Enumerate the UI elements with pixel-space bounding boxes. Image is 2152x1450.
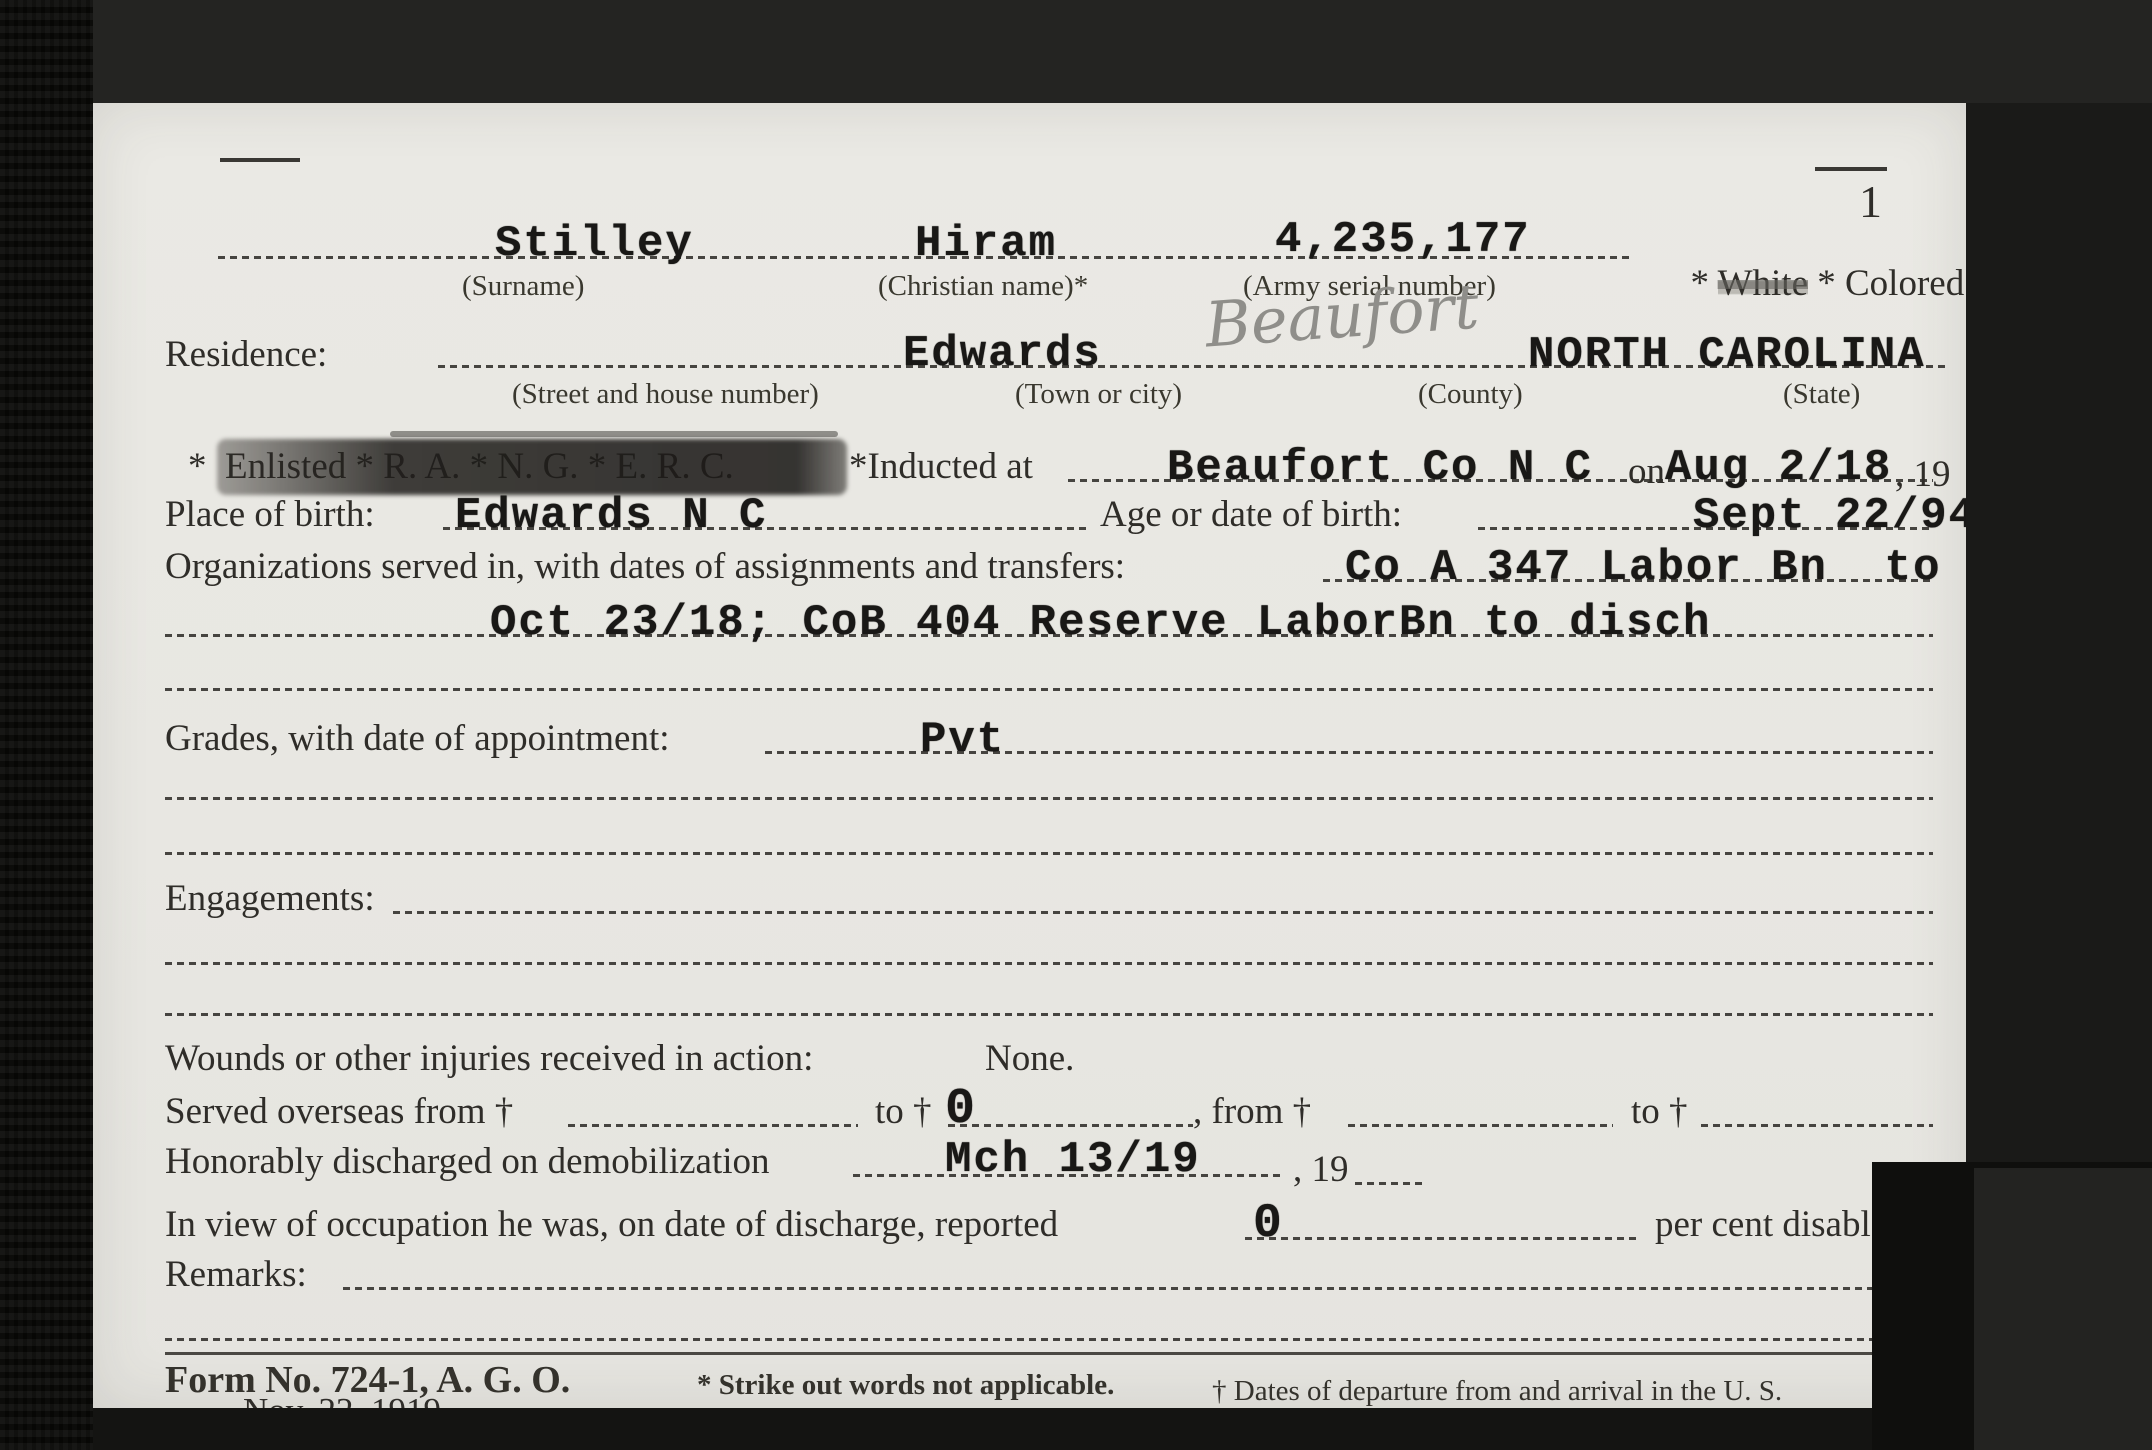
strikeout-pencil-line	[390, 431, 838, 437]
residence-town-value: Edwards	[903, 329, 1102, 379]
overseas-from1-label: Served overseas from †	[165, 1092, 513, 1133]
inducted-at-label: *Inducted at	[849, 447, 1033, 488]
enlisted-lead-star: *	[188, 447, 216, 488]
overseas-dotted-4	[1701, 1124, 1933, 1127]
form-date: Nov. 22, 1919	[243, 1392, 441, 1408]
overseas-to1-value: 0	[945, 1081, 977, 1138]
county-label: (County)	[1418, 378, 1523, 411]
strike-out-note: * Strike out words not applicable.	[697, 1369, 1114, 1402]
street-label: (Street and house number)	[512, 378, 819, 411]
residence-label: Residence:	[165, 335, 327, 376]
blank-dotted-line	[165, 962, 1933, 965]
disability-label: In view of occupation he was, on date of…	[165, 1205, 1058, 1246]
overseas-from2-label: , from †	[1193, 1092, 1311, 1133]
christian-name-label: (Christian name)*	[878, 270, 1088, 303]
overseas-to1-label: to †	[875, 1092, 932, 1133]
age-value: Sept 22/94	[1693, 491, 1966, 541]
age-label: Age or date of birth:	[1100, 495, 1402, 536]
race-star: *	[1691, 263, 1718, 304]
footer-rule-line	[165, 1352, 1933, 1355]
engagements-dotted-line	[393, 911, 1933, 914]
page-number: 1	[1859, 175, 1882, 228]
remarks-label: Remarks:	[165, 1255, 307, 1296]
top-dash	[220, 158, 300, 162]
christian-name-value: Hiram	[915, 219, 1057, 269]
film-edge-strip	[0, 0, 93, 1450]
disability-dotted-line	[1245, 1237, 1640, 1240]
race-colored-label: * Colored.	[1808, 263, 1966, 304]
discharge-label: Honorably discharged on demobilization	[165, 1142, 770, 1183]
overseas-dotted-3	[1348, 1124, 1613, 1127]
race-white-struck: White	[1718, 263, 1808, 304]
discharge-year-prefix: , 19	[1293, 1150, 1349, 1191]
blank-dotted-line	[165, 852, 1933, 855]
scanned-page: 1 Stilley Hiram 4,235,177 * White * Colo…	[0, 0, 2152, 1450]
corner-light-patch	[1974, 1168, 2152, 1450]
background-top-band	[0, 0, 2152, 103]
engagements-label: Engagements:	[165, 879, 375, 920]
page-number-overline	[1815, 167, 1887, 171]
blank-dotted-line	[165, 688, 1933, 691]
departure-dates-note: † Dates of departure from and arrival in…	[1212, 1375, 1782, 1408]
place-of-birth-value: Edwards N C	[455, 491, 767, 541]
induction-year-prefix: , 19	[1895, 455, 1951, 496]
disability-value: 0	[1253, 1197, 1284, 1251]
state-label: (State)	[1783, 378, 1860, 411]
surname-value: Stilley	[495, 219, 694, 269]
organizations-line1-value: Co A 347 Labor Bn to	[1345, 543, 1942, 593]
service-record-card: 1 Stilley Hiram 4,235,177 * White * Colo…	[93, 103, 1966, 1408]
organizations-line2-value: Oct 23/18; CoB 404 Reserve LaborBn to di…	[490, 598, 1711, 648]
footer-dotted-line	[165, 1338, 1933, 1341]
wounds-value: None.	[985, 1039, 1074, 1080]
grades-label: Grades, with date of appointment:	[165, 719, 670, 760]
inducted-place-value: Beaufort Co N C	[1167, 443, 1593, 493]
place-of-birth-label: Place of birth:	[165, 495, 375, 536]
discharge-date-value: Mch 13/19	[945, 1135, 1201, 1185]
overseas-to2-label: to †	[1631, 1092, 1688, 1133]
remarks-dotted-line	[343, 1287, 1933, 1290]
town-label: (Town or city)	[1015, 378, 1182, 411]
strikeout-smudge	[217, 439, 847, 495]
surname-label: (Surname)	[462, 270, 584, 303]
serial-number-value: 4,235,177	[1275, 215, 1531, 265]
blank-dotted-line	[165, 797, 1933, 800]
race-selection: * White * Colored.	[1635, 223, 1966, 345]
overseas-dotted-1	[568, 1124, 858, 1127]
wounds-label: Wounds or other injuries received in act…	[165, 1039, 813, 1080]
on-label: on	[1628, 452, 1665, 493]
inducted-date-value: Aug 2/18	[1665, 443, 1892, 493]
discharge-year-dotted	[1355, 1182, 1423, 1185]
organizations-label: Organizations served in, with dates of a…	[165, 547, 1125, 588]
blank-dotted-line	[165, 1013, 1933, 1016]
background-bottom-band	[93, 1408, 2152, 1450]
overseas-dotted-2	[948, 1124, 1193, 1127]
residence-state-value: NORTH CAROLINA	[1528, 330, 1926, 380]
grades-value: Pvt	[920, 715, 1005, 765]
